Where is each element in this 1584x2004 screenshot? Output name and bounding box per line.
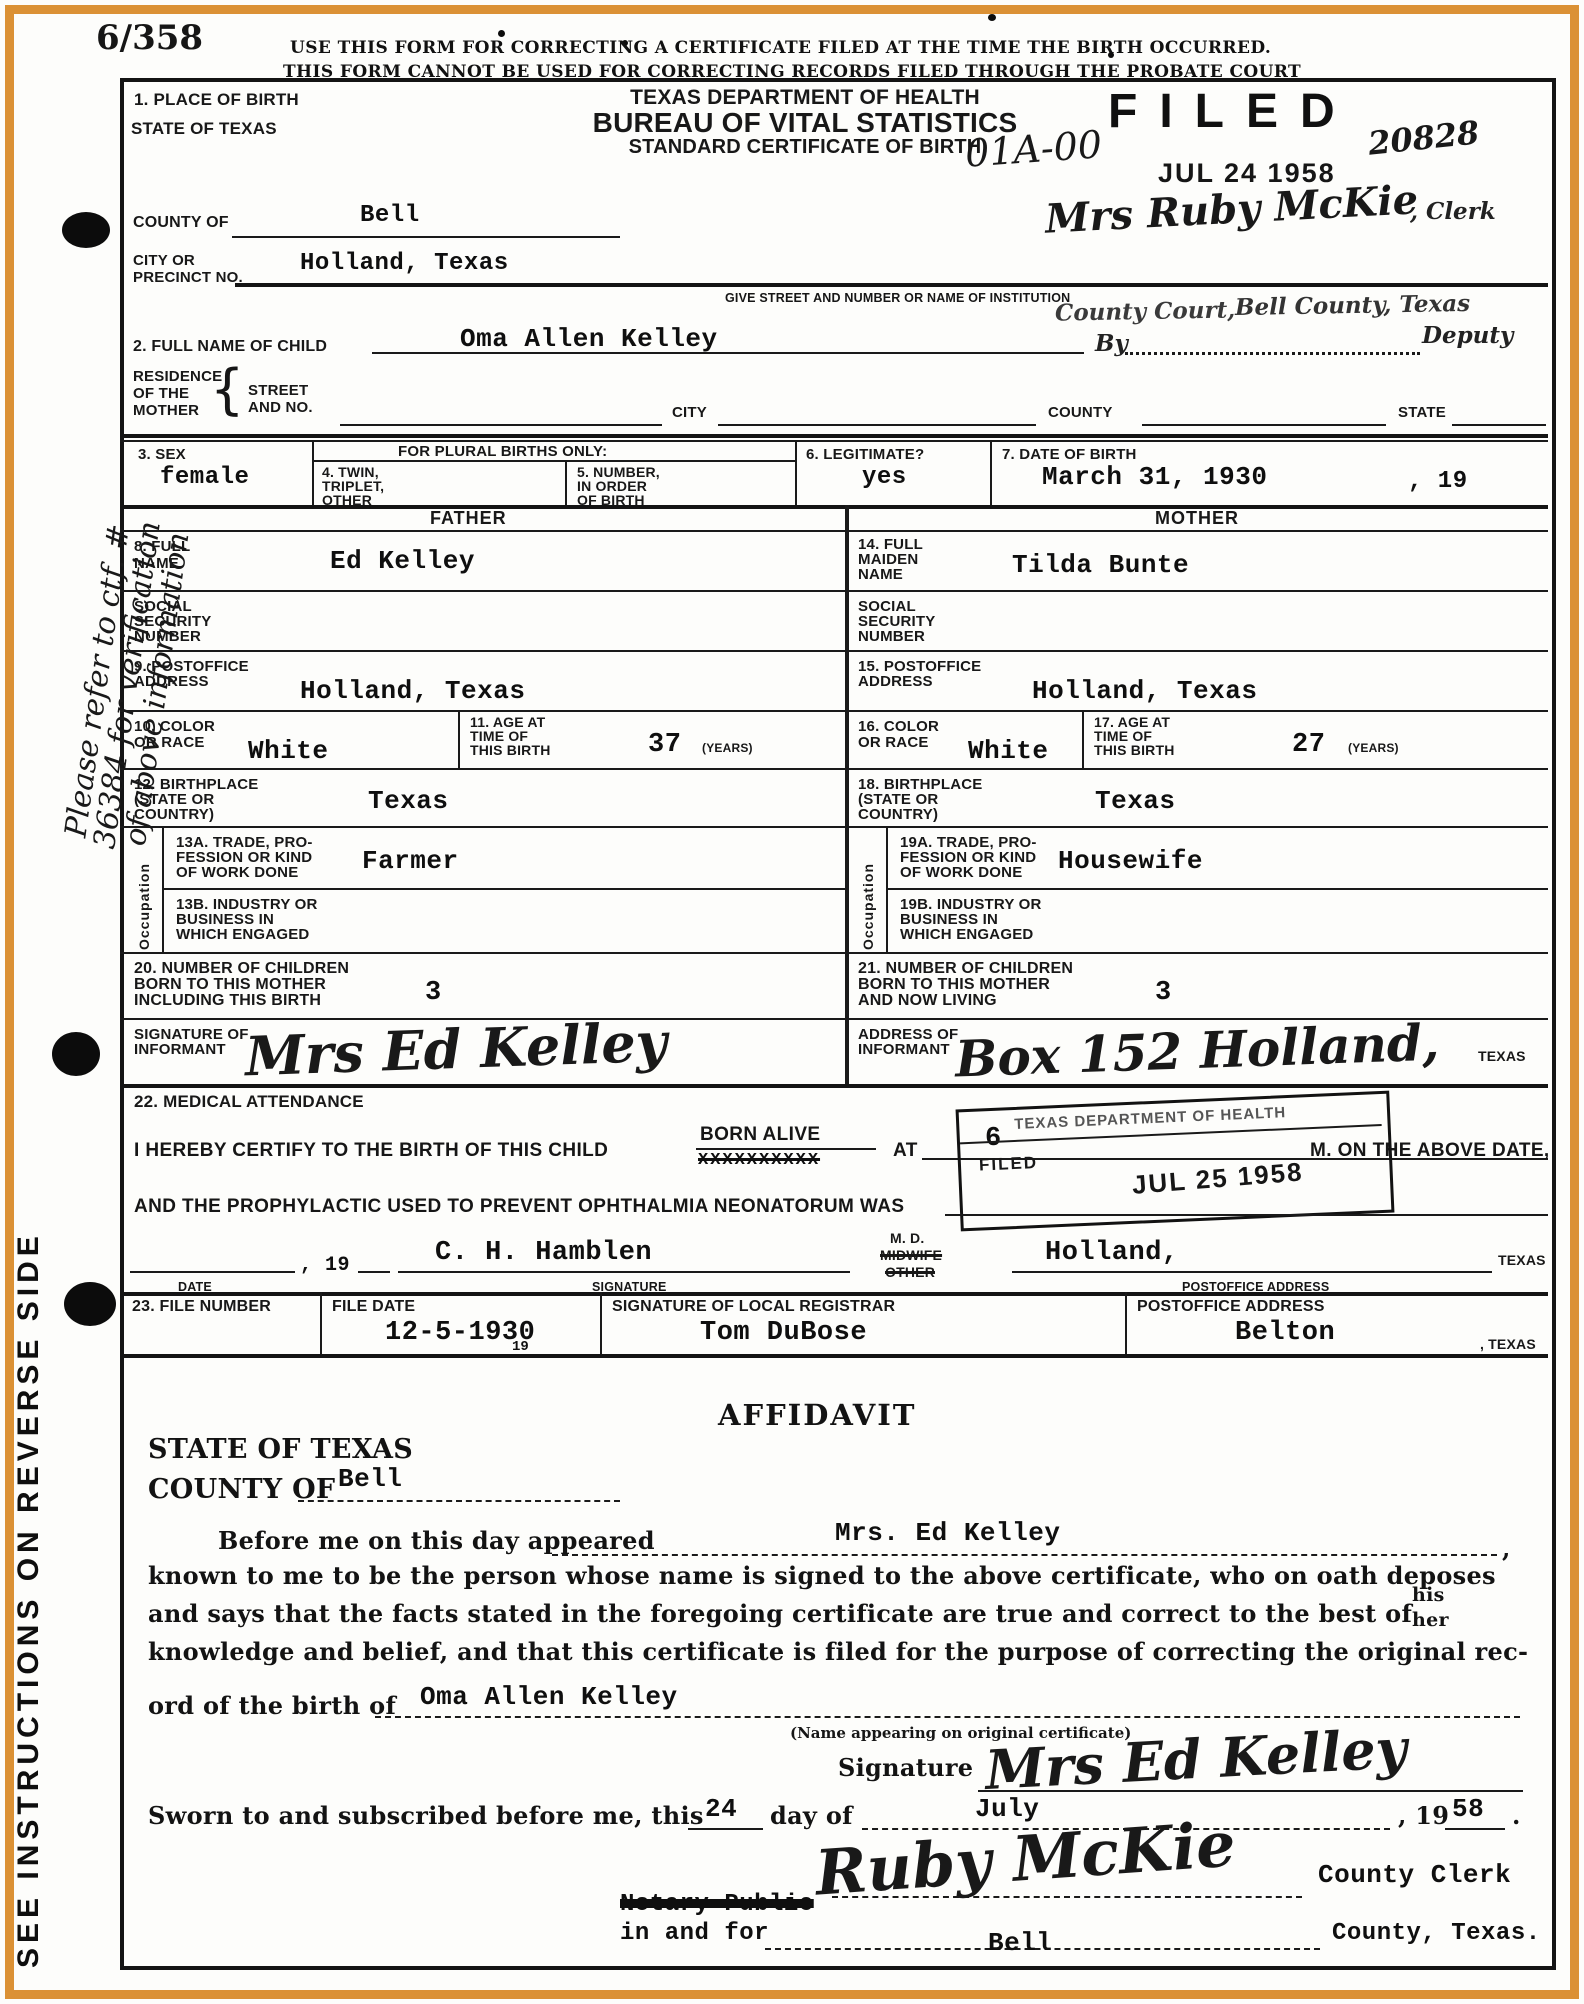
street-note: GIVE STREET AND NUMBER OR NAME OF INSTIT…	[725, 291, 1070, 306]
county-texas-label: County, Texas.	[1332, 1922, 1541, 1946]
filerow-texas: , TEXAS	[1480, 1336, 1536, 1352]
struck-option: XXXXXXXXXX	[698, 1152, 820, 1169]
rule	[845, 650, 1548, 652]
rule	[120, 826, 845, 828]
rule	[120, 1084, 1548, 1088]
medical-attendance-label: 22. MEDICAL ATTENDANCE	[134, 1092, 364, 1112]
notary-public-label: Notary Public	[620, 1893, 814, 1917]
affidavit-state: STATE OF TEXAS	[148, 1432, 413, 1468]
rule	[990, 440, 992, 505]
affidavit-body-5: ord of the birth of	[148, 1690, 396, 1722]
affidavit-body-3: and says that the facts stated in the fo…	[148, 1598, 1412, 1630]
res-state-label: STATE	[1398, 404, 1446, 421]
prophylactic-text: AND THE PROPHYLACTIC USED TO PREVENT OPH…	[134, 1196, 904, 1219]
rule	[162, 888, 845, 890]
mother-trade-value: Housewife	[1058, 848, 1203, 874]
legitimate-label: 6. LEGITIMATE?	[806, 446, 924, 463]
rule	[978, 1790, 1523, 1792]
rule	[886, 888, 1548, 890]
before-me-text: Before me on this day appeared	[218, 1525, 655, 1557]
affidavit-body-4: knowledge and belief, and that this cert…	[148, 1636, 1528, 1668]
rule	[696, 1148, 876, 1150]
rule	[1142, 424, 1386, 426]
md-label: M. D.	[890, 1230, 924, 1246]
reverse-side-instructions-text: SEE INSTRUCTIONS ON REVERSE SIDE	[12, 1128, 46, 1968]
his-option: his	[1412, 1583, 1445, 1609]
rule	[565, 460, 567, 505]
affidavit-body-2: known to me to be the person whose name …	[148, 1560, 1496, 1592]
county-of-label: COUNTY OF	[133, 214, 229, 233]
mother-po-value: Holland, Texas	[1032, 678, 1257, 704]
by-label: By	[1095, 330, 1128, 358]
notice-line-1: USE THIS FORM FOR CORRECTING A CERTIFICA…	[290, 36, 1271, 61]
street-label-2: AND NO.	[248, 399, 313, 416]
city-or-label: CITY OR	[133, 252, 195, 269]
rule	[552, 1554, 1497, 1556]
dob-19: , 19	[1408, 470, 1468, 494]
rule	[945, 1214, 1548, 1216]
plural-births-label: FOR PLURAL BIRTHS ONLY:	[398, 443, 607, 460]
father-trade-value: Farmer	[362, 848, 459, 874]
father-age-label-3: THIS BIRTH	[470, 742, 551, 758]
rule	[458, 710, 460, 768]
res-city-label: CITY	[672, 404, 707, 421]
sworn-day-value: 24	[705, 1796, 737, 1822]
street-label-1: STREET	[248, 382, 308, 399]
father-trade-label-3: OF WORK DONE	[176, 864, 298, 881]
children-living-label-3: AND NOW LIVING	[858, 992, 997, 1011]
mother-age-value: 27	[1292, 732, 1325, 759]
clerk-label: , Clerk	[1410, 198, 1496, 226]
mother-bp-value: Texas	[1095, 788, 1176, 814]
informant-address-label-2: INFORMANT	[858, 1041, 950, 1058]
father-name-value: Ed Kelley	[330, 548, 475, 574]
rule	[845, 710, 1548, 712]
rule	[312, 440, 314, 505]
dob-value: March 31, 1930	[1042, 464, 1267, 490]
rule	[1125, 352, 1420, 355]
certify-text: I HEREBY CERTIFY TO THE BIRTH OF THIS CH…	[134, 1140, 608, 1163]
rule	[120, 768, 845, 770]
father-industry-label-3: WHICH ENGAGED	[176, 926, 309, 943]
sworn-year-value: 58	[1452, 1796, 1484, 1822]
rule	[372, 352, 1084, 354]
rule	[232, 236, 620, 238]
mother-race-label-2: OR RACE	[858, 734, 929, 751]
sworn-period: .	[1512, 1800, 1521, 1832]
filed-stamp: FILED	[1108, 84, 1357, 139]
year-pre-text: , 19	[1398, 1800, 1449, 1832]
affidavit-county-label: COUNTY OF	[148, 1472, 335, 1508]
rule	[718, 424, 1036, 426]
county-of-value: Bell	[360, 204, 420, 228]
sworn-text: Sworn to and subscribed before me, this	[148, 1800, 704, 1832]
affidavit-county-value: Bell	[338, 1466, 402, 1492]
attendant-texas: TEXAS	[1498, 1252, 1546, 1268]
mother-race-label-1: 16. COLOR	[858, 718, 939, 735]
other-label: OTHER	[885, 1264, 935, 1280]
rule	[120, 505, 1548, 509]
rule	[845, 952, 1548, 954]
rule	[845, 590, 1548, 592]
informant-signature-label-2: INFORMANT	[134, 1041, 226, 1058]
state-of-texas-label: STATE OF TEXAS	[131, 119, 277, 139]
res-county-label: COUNTY	[1048, 404, 1113, 421]
children-born-label-3: INCLUDING THIS BIRTH	[134, 992, 321, 1011]
informant-signature-value: Mrs Ed Kelley	[244, 1015, 668, 1084]
punch-hole	[64, 1282, 116, 1326]
place-of-birth-label: 1. PLACE OF BIRTH	[134, 90, 299, 110]
filed-jul25-stamp: TEXAS DEPARTMENT OF HEALTH FILED JUL 25 …	[956, 1091, 1395, 1232]
rule	[1082, 710, 1084, 768]
rule	[340, 424, 662, 426]
file-number-label: 23. FILE NUMBER	[132, 1298, 271, 1317]
rule	[120, 440, 1548, 442]
deputy-label: Deputy	[1422, 322, 1513, 350]
birth-name-value: Oma Allen Kelley	[420, 1684, 678, 1710]
rule	[832, 1896, 1302, 1898]
father-bp-value: Texas	[368, 788, 449, 814]
punch-hole	[62, 212, 110, 248]
appeared-value: Mrs. Ed Kelley	[835, 1520, 1060, 1546]
mother-years-label: (YEARS)	[1348, 742, 1399, 756]
rule	[298, 1500, 620, 1502]
midwife-label: MIDWIFE	[880, 1247, 942, 1263]
attendant-po-value: Holland,	[1045, 1240, 1179, 1267]
mother-name-value: Tilda Bunte	[1012, 552, 1189, 578]
mother-po-label-2: ADDRESS	[858, 673, 933, 690]
appeared-comma: ,	[1502, 1533, 1511, 1565]
father-header: FATHER	[430, 508, 507, 529]
rule	[120, 1354, 1548, 1358]
father-age-value: 37	[648, 732, 681, 759]
her-option: her	[1412, 1608, 1449, 1634]
rule	[845, 768, 1548, 770]
county-clerk-label: County Clerk	[1318, 1862, 1511, 1888]
mother-header: MOTHER	[1155, 508, 1239, 529]
informant-address-state: TEXAS	[1478, 1048, 1526, 1064]
mother-occupation-label: Occupation	[860, 832, 876, 950]
mother-age-label-3: THIS BIRTH	[1094, 742, 1175, 758]
stamp-date-text: JUL 25 1958	[1131, 1156, 1305, 1200]
rule	[375, 1716, 1520, 1718]
signature-label: Signature	[838, 1752, 973, 1784]
scanned-birth-certificate: ​6/358 USE THIS FORM FOR CORRECTING A CE…	[0, 0, 1584, 2004]
mother-industry-label-3: WHICH ENGAGED	[900, 926, 1033, 943]
child-name-value: Oma Allen Kelley	[460, 326, 718, 352]
file-date-19: 19	[512, 1340, 529, 1354]
scan-speck	[988, 14, 996, 21]
reverse-side-instructions: SEE INSTRUCTIONS ON REVERSE SIDE	[12, 1128, 60, 1968]
rule	[120, 1292, 1548, 1296]
father-race-value: White	[248, 738, 329, 764]
court-stamp-line1: County Court,	[1055, 296, 1236, 327]
city-value: Holland, Texas	[300, 252, 509, 276]
day-of-text: day of	[770, 1800, 853, 1832]
legitimate-value: yes	[862, 466, 907, 490]
rule	[845, 826, 1548, 828]
mother-race-value: White	[968, 738, 1049, 764]
attendant-signature-value: C. H. Hamblen	[435, 1240, 652, 1267]
rule	[1012, 1271, 1492, 1273]
mother-trade-label-3: OF WORK DONE	[900, 864, 1022, 881]
rule	[358, 1271, 390, 1273]
children-born-value: 3	[425, 980, 442, 1007]
rule	[320, 1292, 322, 1354]
rule	[120, 530, 1548, 532]
mother-ssn-label-3: NUMBER	[858, 628, 925, 645]
at-label: AT	[893, 1140, 918, 1163]
rule	[795, 440, 797, 505]
filerow-po-label: POSTOFFICE ADDRESS	[1137, 1298, 1325, 1317]
notary-county-value: Bell	[988, 1930, 1052, 1956]
born-alive-label: BORN ALIVE	[700, 1124, 820, 1147]
registrar-label: SIGNATURE OF LOCAL REGISTRAR	[612, 1298, 895, 1317]
sworn-month-value: July	[975, 1796, 1039, 1822]
rule	[1125, 1292, 1127, 1354]
handwritten-code: 01A-00	[964, 125, 1103, 172]
father-years-label: (YEARS)	[702, 742, 753, 756]
rule	[120, 434, 1548, 438]
filerow-po-value: Belton	[1235, 1320, 1335, 1347]
mother-bp-label-3: COUNTRY)	[858, 806, 938, 823]
court-stamp-line2: Bell County, Texas	[1235, 290, 1471, 322]
dob-label: 7. DATE OF BIRTH	[1002, 446, 1137, 463]
rule	[120, 710, 845, 712]
stamp-filed-text: FILED	[979, 1153, 1039, 1175]
mother-name-label-3: NAME	[858, 566, 903, 583]
rule	[688, 1828, 763, 1830]
rule	[120, 590, 845, 592]
rule	[1445, 1828, 1505, 1830]
children-living-value: 3	[1155, 980, 1172, 1007]
affidavit-title: AFFIDAVIT	[718, 1396, 916, 1435]
registrar-value: Tom DuBose	[700, 1320, 867, 1347]
file-date-label: FILE DATE	[332, 1298, 415, 1317]
rule	[130, 1271, 295, 1273]
precinct-no-label: PRECINCT NO.	[133, 269, 243, 286]
rule	[235, 283, 1548, 287]
rule	[600, 1292, 602, 1354]
rule	[1452, 424, 1546, 426]
father-po-value: Holland, Texas	[300, 678, 525, 704]
rule	[120, 952, 845, 954]
doc-number: ​6/358	[96, 18, 203, 58]
in-and-for-label: in and for	[620, 1922, 769, 1946]
rule	[398, 1271, 850, 1273]
rule	[120, 650, 845, 652]
attendant-19: , 19	[300, 1256, 350, 1276]
